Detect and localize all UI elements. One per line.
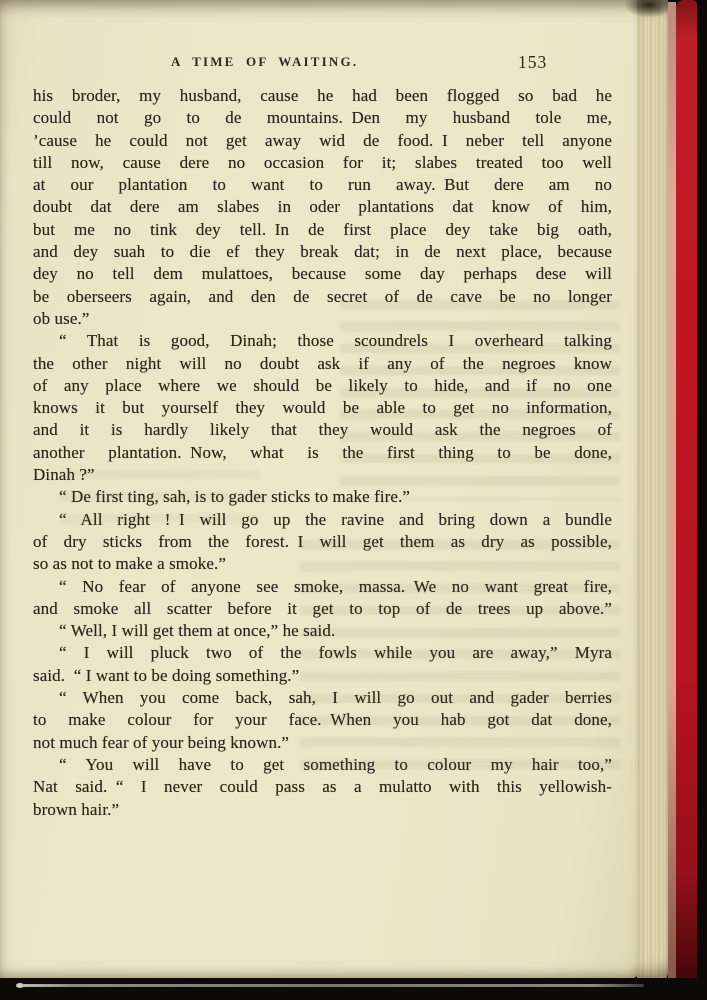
- text-line: at our plantation to want to run away. B…: [33, 174, 612, 196]
- text-line: “ All right ! I will go up the ravine an…: [33, 509, 612, 531]
- text-line: doubt dat dere am slabes in oder plantat…: [33, 196, 612, 218]
- text-block: his broder, my husband, cause he had bee…: [33, 85, 612, 821]
- text-line: and it is hardly likely that they would …: [33, 419, 612, 441]
- text-line: of any place where we should be likely t…: [33, 375, 612, 397]
- text-line: so as not to make a smoke.”: [33, 553, 612, 575]
- text-line: ’cause he could not get away wid de food…: [33, 130, 612, 152]
- text-line: be oberseers again, and den de secret of…: [33, 286, 612, 308]
- text-line: brown hair.”: [33, 799, 612, 821]
- text-line: “ That is good, Dinah; those scoundrels …: [33, 330, 612, 352]
- text-line: his broder, my husband, cause he had bee…: [33, 85, 612, 107]
- text-line: “ Well, I will get them at once,” he sai…: [33, 620, 612, 642]
- text-line: dey no tell dem mulattoes, because some …: [33, 263, 612, 285]
- text-line: could not go to de mountains. Den my hus…: [33, 107, 612, 129]
- text-line: and smoke all scatter before it get to t…: [33, 598, 612, 620]
- paragraph: “ No fear of anyone see smoke, massa. We…: [33, 576, 612, 621]
- paragraph: “ When you come back, sah, I will go out…: [33, 687, 612, 754]
- book-page: A TIME OF WAITING. 153 his broder, my hu…: [0, 0, 641, 981]
- text-line: “ When you come back, sah, I will go out…: [33, 687, 612, 709]
- text-line: the other night will no doubt ask if any…: [33, 353, 612, 375]
- text-line: not much fear of your being known.”: [33, 732, 612, 754]
- scanner-bar: [22, 984, 644, 987]
- text-line: another plantation. Now, what is the fir…: [33, 442, 612, 464]
- page-edge-stack: [637, 0, 668, 984]
- paragraph: “ I will pluck two of the fowls while yo…: [33, 642, 612, 687]
- text-line: Dinah ?”: [33, 464, 612, 486]
- paragraph: his broder, my husband, cause he had bee…: [33, 85, 612, 330]
- text-line: said. “ I want to be doing something.”: [33, 665, 612, 687]
- text-line: Nat said. “ I never could pass as a mula…: [33, 776, 612, 798]
- text-line: but me no tink dey tell. In de first pla…: [33, 219, 612, 241]
- text-line: “ De first ting, sah, is to gader sticks…: [33, 486, 612, 508]
- text-line: and dey suah to die ef they break dat; i…: [33, 241, 612, 263]
- paragraph: “ De first ting, sah, is to gader sticks…: [33, 486, 612, 508]
- text-line: till now, cause dere no occasion for it;…: [33, 152, 612, 174]
- red-book-cover: [676, 0, 697, 989]
- paragraph: “ That is good, Dinah; those scoundrels …: [33, 330, 612, 486]
- page-header: A TIME OF WAITING. 153: [0, 52, 641, 74]
- paragraph: “ Well, I will get them at once,” he sai…: [33, 620, 612, 642]
- text-line: “ You will have to get something to colo…: [33, 754, 612, 776]
- text-line: knows it but yourself they would be able…: [33, 397, 612, 419]
- running-title: A TIME OF WAITING.: [171, 54, 358, 70]
- text-line: ob use.”: [33, 308, 612, 330]
- paragraph: “ You will have to get something to colo…: [33, 754, 612, 821]
- text-line: of dry sticks from the forest. I will ge…: [33, 531, 612, 553]
- paragraph: “ All right ! I will go up the ravine an…: [33, 509, 612, 576]
- endpaper-strip: [668, 2, 676, 982]
- page-number: 153: [518, 52, 547, 73]
- text-line: “ No fear of anyone see smoke, massa. We…: [33, 576, 612, 598]
- text-line: “ I will pluck two of the fowls while yo…: [33, 642, 612, 664]
- text-line: to make colour for your face. When you h…: [33, 709, 612, 731]
- scan-backdrop: [0, 978, 707, 1000]
